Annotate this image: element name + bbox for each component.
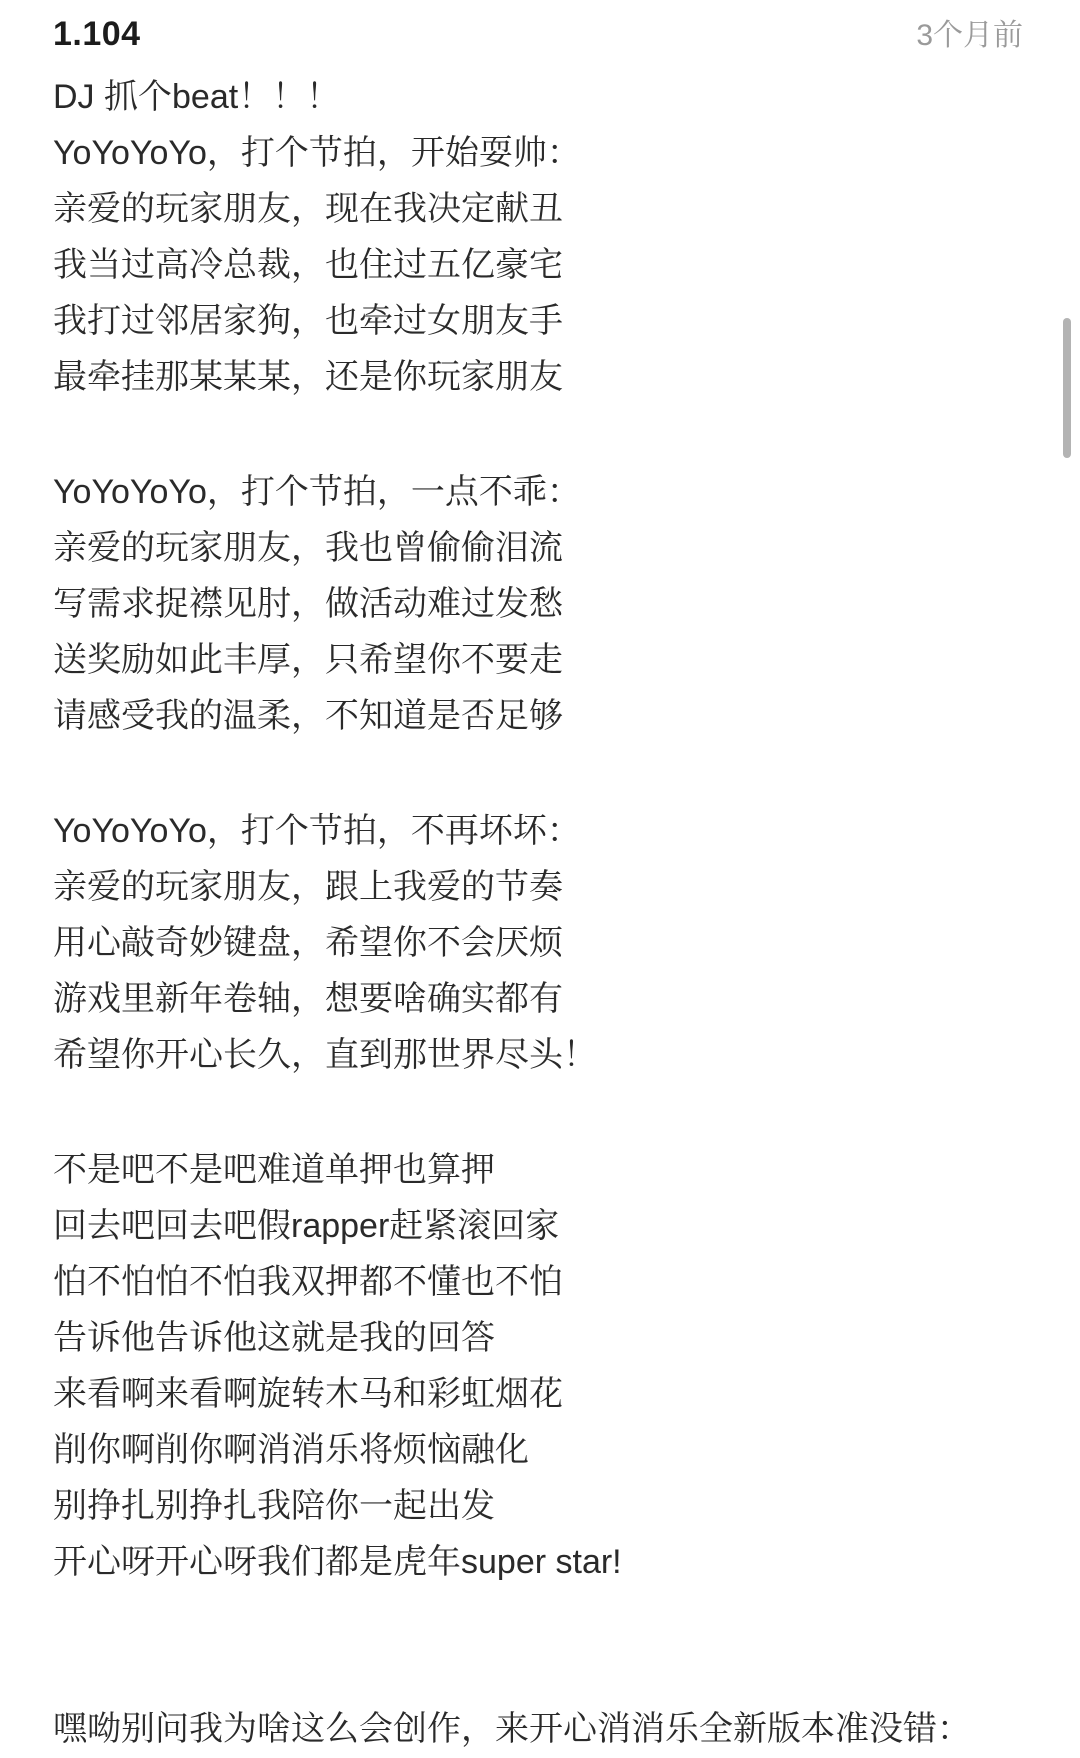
lyric-line: 怕不怕怕不怕我双押都不懂也不怕 <box>53 1254 1040 1310</box>
scrollbar-thumb[interactable] <box>1063 318 1071 458</box>
lyric-line: 希望你开心长久，直到那世界尽头！ <box>53 1027 1040 1083</box>
timestamp-label: 3个月前 <box>916 16 1023 56</box>
lyric-line: YoYoYoYo，打个节拍，开始耍帅： <box>53 125 1040 181</box>
lyric-line: 告诉他告诉他这就是我的回答 <box>53 1310 1040 1366</box>
lyric-line: 不是吧不是吧难道单押也算押 <box>53 1142 1040 1198</box>
lyric-line: 开心呀开心呀我们都是虎年super star! <box>53 1534 1040 1590</box>
lyric-line: 回去吧回去吧假rapper赶紧滚回家 <box>53 1198 1040 1254</box>
lyric-line: DJ 抓个beat！！！ <box>53 69 1040 125</box>
lyric-line: 送奖励如此丰厚，只希望你不要走 <box>53 632 1040 688</box>
lyric-line: 嘿呦别问我为啥这么会创作，来开心消消乐全新版本准没错： <box>53 1701 1040 1757</box>
version-label: 1.104 <box>53 14 141 54</box>
lyric-line: 亲爱的玩家朋友，现在我决定献丑 <box>53 181 1040 237</box>
stanza-5: 嘿呦别问我为啥这么会创作，来开心消消乐全新版本准没错： <box>53 1701 1040 1757</box>
release-notes: DJ 抓个beat！！！ YoYoYoYo，打个节拍，开始耍帅： 亲爱的玩家朋友… <box>0 69 1080 1757</box>
stanza-1: DJ 抓个beat！！！ YoYoYoYo，打个节拍，开始耍帅： 亲爱的玩家朋友… <box>53 69 1040 405</box>
lyric-line: 我当过高冷总裁，也住过五亿豪宅 <box>53 237 1040 293</box>
lyric-line: 请感受我的温柔，不知道是否足够 <box>53 688 1040 744</box>
lyric-line: 我打过邻居家狗，也牵过女朋友手 <box>53 293 1040 349</box>
lyric-line: 游戏里新年卷轴，想要啥确实都有 <box>53 971 1040 1027</box>
stanza-2: YoYoYoYo，打个节拍，一点不乖： 亲爱的玩家朋友，我也曾偷偷泪流 写需求捉… <box>53 464 1040 744</box>
lyric-line: 削你啊削你啊消消乐将烦恼融化 <box>53 1422 1040 1478</box>
lyric-line: 来看啊来看啊旋转木马和彩虹烟花 <box>53 1366 1040 1422</box>
version-history-entry: 1.104 3个月前 DJ 抓个beat！！！ YoYoYoYo，打个节拍，开始… <box>0 0 1080 1757</box>
lyric-line: 写需求捉襟见肘，做活动难过发愁 <box>53 576 1040 632</box>
entry-header: 1.104 3个月前 <box>0 0 1080 56</box>
lyric-line: 最牵挂那某某某，还是你玩家朋友 <box>53 349 1040 405</box>
lyric-line: 用心敲奇妙键盘，希望你不会厌烦 <box>53 915 1040 971</box>
stanza-3: YoYoYoYo，打个节拍，不再坏坏： 亲爱的玩家朋友，跟上我爱的节奏 用心敲奇… <box>53 803 1040 1083</box>
lyric-line: 亲爱的玩家朋友，跟上我爱的节奏 <box>53 859 1040 915</box>
lyric-line: YoYoYoYo，打个节拍，不再坏坏： <box>53 803 1040 859</box>
lyric-line: YoYoYoYo，打个节拍，一点不乖： <box>53 464 1040 520</box>
lyric-line: 别挣扎别挣扎我陪你一起出发 <box>53 1478 1040 1534</box>
stanza-4: 不是吧不是吧难道单押也算押 回去吧回去吧假rapper赶紧滚回家 怕不怕怕不怕我… <box>53 1142 1040 1590</box>
lyric-line: 亲爱的玩家朋友，我也曾偷偷泪流 <box>53 520 1040 576</box>
